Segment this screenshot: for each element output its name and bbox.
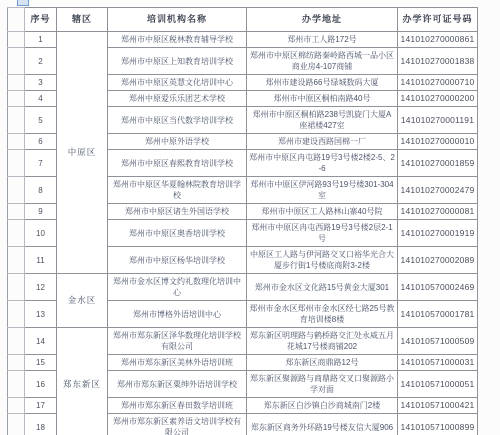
cell-num: 7	[25, 150, 57, 177]
cell-address: 郑州市中原区桐柏路238号凯旋门大厦A座裙楼427室	[247, 107, 398, 134]
cell-address: 郑州市中原区棉纺路秦岭路西城一品小区商业房4-107商铺	[247, 48, 398, 75]
cutoff-column-cell	[8, 204, 25, 220]
cell-address: 郑州市中原区桐柏南路40号	[247, 91, 398, 107]
table-body: 1中原区郑州市中原区税林教育辅导学校郑州市工人路172号141010270000…	[8, 32, 478, 435]
cell-license: 141010571000031	[398, 355, 478, 371]
cell-license: 141010270000010	[398, 134, 478, 150]
cell-license: 141010570001781	[398, 301, 478, 328]
cell-num: 17	[25, 398, 57, 414]
cell-name: 郑州市郑东新区春田数学培训班	[108, 398, 247, 414]
header-row: 序号辖区培训机构名称办学地址办学许可证号码	[8, 8, 478, 32]
cutoff-column-cell	[8, 75, 25, 91]
cell-num: 5	[25, 107, 57, 134]
cell-name: 郑州市中原区杨华培训学校	[108, 247, 247, 274]
cutoff-column-cell	[8, 134, 25, 150]
table-row: 1中原区郑州市中原区税林教育辅导学校郑州市工人路172号141010270000…	[8, 32, 478, 48]
cell-num: 18	[25, 414, 57, 435]
cell-address: 中原区工人路与伊河路交叉口裕华光合大厦步行街1号楼底商附3-2楼	[247, 247, 398, 274]
cell-license: 141010270001919	[398, 220, 478, 247]
cutoff-column-cell	[8, 371, 25, 398]
column-header-name: 培训机构名称	[108, 8, 247, 32]
cell-name: 郑州市郑东新区粟绅外语培训学校	[108, 371, 247, 398]
cell-num: 12	[25, 274, 57, 301]
cell-name: 郑州市中原区华夏翰林院教育培训学校	[108, 177, 247, 204]
cell-license: 141010270000710	[398, 75, 478, 91]
cell-name: 郑州市中原区诸生外国语学校	[108, 204, 247, 220]
cell-license: 141010571000421	[398, 398, 478, 414]
cell-num: 10	[25, 220, 57, 247]
table-header: 序号辖区培训机构名称办学地址办学许可证号码	[8, 8, 478, 32]
cell-address: 郑州市建设西路国棉一厂	[247, 134, 398, 150]
cell-num: 1	[25, 32, 57, 48]
cell-name: 郑州市中原区奥香培训学校	[108, 220, 247, 247]
cell-address: 郑州市建设路66号绿城数码大厦	[247, 75, 398, 91]
cutoff-column-cell	[8, 414, 25, 435]
license-table: 序号辖区培训机构名称办学地址办学许可证号码 1中原区郑州市中原区税林教育辅导学校…	[7, 7, 478, 435]
cell-name: 郑州市中原区税林教育辅导学校	[108, 32, 247, 48]
cell-name: 郑州市中原区当代数学培训学校	[108, 107, 247, 134]
cell-name: 郑州市郑东新区美林外语培训班	[108, 355, 247, 371]
cell-license: 141010270000081	[398, 204, 478, 220]
cell-name: 郑州中原外语学校	[108, 134, 247, 150]
selection-handle-icon	[17, 0, 29, 6]
cutoff-column-cell	[8, 247, 25, 274]
cell-name: 郑州市金水区博文约礼数理化培训中心	[108, 274, 247, 301]
cell-license: 141010571000509	[398, 328, 478, 355]
cell-district: 金水区	[57, 274, 108, 328]
cell-num: 9	[25, 204, 57, 220]
cell-name: 郑州市博格外语培训中心	[108, 301, 247, 328]
cell-name: 郑州市中原区春熙教育培训学校	[108, 150, 247, 177]
cell-num: 13	[25, 301, 57, 328]
cutoff-column-cell	[8, 328, 25, 355]
cell-num: 4	[25, 91, 57, 107]
cell-address: 郑东新区商务外环路19号楼友信大厦906	[247, 414, 398, 435]
cutoff-column-cell	[8, 398, 25, 414]
cutoff-column-cell	[8, 177, 25, 204]
cell-num: 6	[25, 134, 57, 150]
cell-num: 16	[25, 371, 57, 398]
cell-name: 郑州中原爱乐乐团艺术学校	[108, 91, 247, 107]
cell-address: 郑州市中原区工人路林山寨40号院	[247, 204, 398, 220]
cell-license: 141010570002469	[398, 274, 478, 301]
cutoff-column-cell	[8, 91, 25, 107]
cell-license: 141010270002089	[398, 247, 478, 274]
cutoff-column-cell	[8, 48, 25, 75]
cutoff-column-cell	[8, 32, 25, 48]
cell-license: 141010270002479	[398, 177, 478, 204]
cell-address: 郑东新区白沙镇白沙商城南门2楼	[247, 398, 398, 414]
cell-license: 141010270001191	[398, 107, 478, 134]
cell-address: 郑州市工人路172号	[247, 32, 398, 48]
cell-num: 14	[25, 328, 57, 355]
cell-district: 郑东新区	[57, 328, 108, 435]
document-page: 序号辖区培训机构名称办学地址办学许可证号码 1中原区郑州市中原区税林教育辅导学校…	[0, 0, 500, 435]
cell-num: 15	[25, 355, 57, 371]
cutoff-column-cell	[8, 150, 25, 177]
cutoff-column-cell	[8, 274, 25, 301]
cell-name: 郑州市中原区上知教育培训学校	[108, 48, 247, 75]
cutoff-column-cell	[8, 355, 25, 371]
table-row: 14郑东新区郑州市郑东新区泽华数理化培训学校有限公司郑东新区明理路与鹤桥路交汇处…	[8, 328, 478, 355]
column-header-address: 办学地址	[247, 8, 398, 32]
cell-address: 郑州市金水区郑州市金水区经七路25号教育培训楼8楼	[247, 301, 398, 328]
cell-num: 8	[25, 177, 57, 204]
cell-num: 3	[25, 75, 57, 91]
cutoff-column-cell	[8, 220, 25, 247]
cell-license: 141010571000051	[398, 371, 478, 398]
cell-name: 郑州市郑东新区素养语文培训学校有限公司	[108, 414, 247, 435]
cell-license: 141010270000861	[398, 32, 478, 48]
cell-name: 郑州市中原区英慧文化培训中心	[108, 75, 247, 91]
cutoff-column-cell	[8, 301, 25, 328]
cell-address: 郑东新区聚源路与商鼎路交叉口聚源路小学对面	[247, 371, 398, 398]
column-header-license: 办学许可证号码	[398, 8, 478, 32]
table-row: 12金水区郑州市金水区博文约礼数理化培训中心郑州市金水区文化路15号黄金大厦30…	[8, 274, 478, 301]
cutoff-column-cell	[8, 107, 25, 134]
column-header-district: 辖区	[57, 8, 108, 32]
cell-address: 郑东新区商鼎路12号	[247, 355, 398, 371]
cell-license: 141010270001838	[398, 48, 478, 75]
cutoff-column-header	[8, 8, 25, 32]
cell-license: 141010270000200	[398, 91, 478, 107]
column-header-num: 序号	[25, 8, 57, 32]
cell-address: 郑州市金水区文化路15号黄金大厦301	[247, 274, 398, 301]
cell-address: 郑州市中原区冉屯西路19号3号楼2层2-1号	[247, 220, 398, 247]
cell-address: 郑州市中原区冉屯路19号3号楼2楼2-5、2-6	[247, 150, 398, 177]
cell-license: 141010571000899	[398, 414, 478, 435]
cell-address: 郑州市中原区伊河路93号19号楼301-304室	[247, 177, 398, 204]
cell-name: 郑州市郑东新区泽华数理化培训学校有限公司	[108, 328, 247, 355]
cell-district: 中原区	[57, 32, 108, 274]
cell-num: 11	[25, 247, 57, 274]
cell-num: 2	[25, 48, 57, 75]
cell-address: 郑东新区明理路与鹤桥路交汇处永威五月花城17号楼商铺202	[247, 328, 398, 355]
cell-license: 141010270001859	[398, 150, 478, 177]
